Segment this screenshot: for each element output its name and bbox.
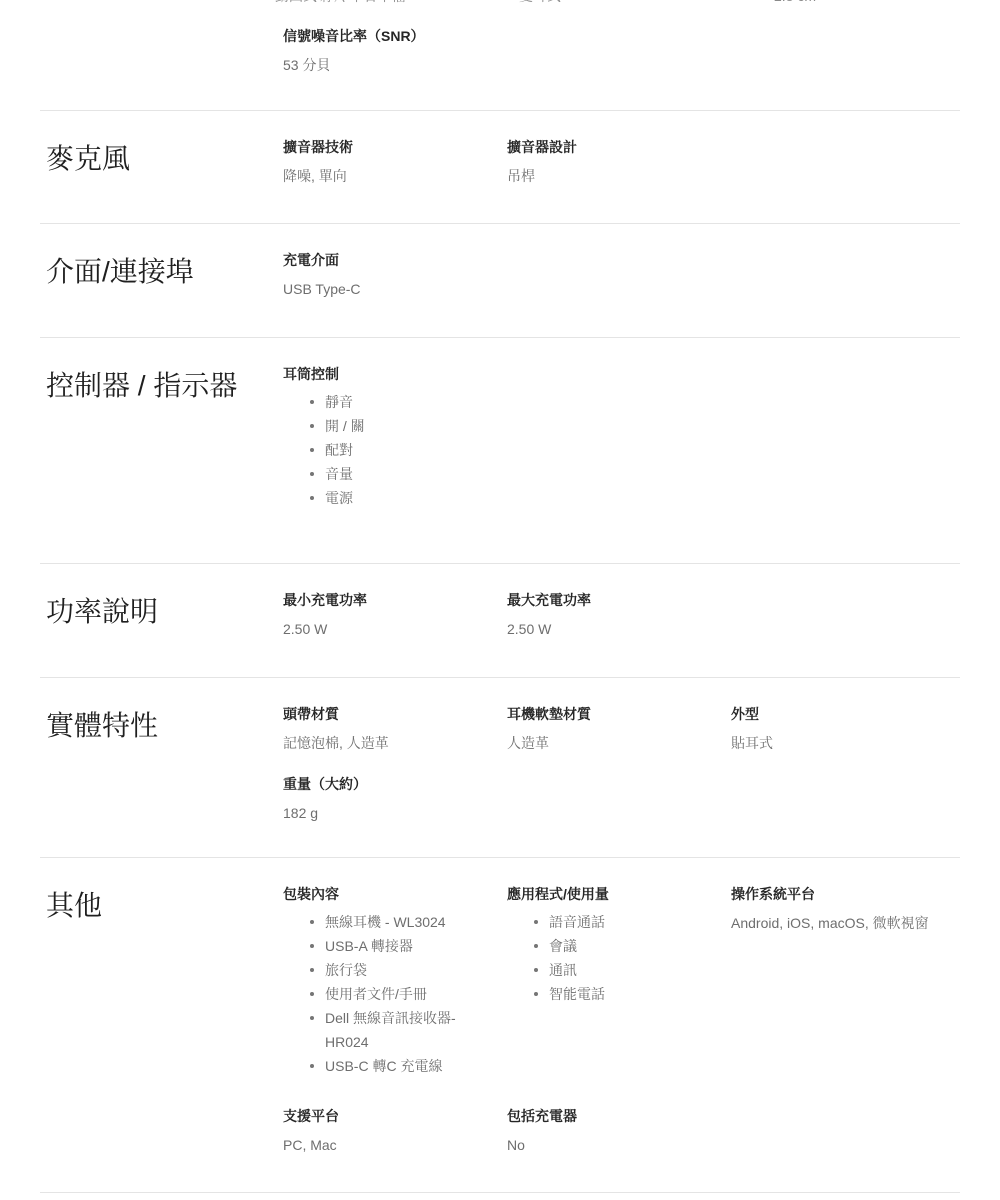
bullet-list: 無線耳機 - WL3024 USB-A 轉接器 旅行袋 使用者文件/手冊 Del… xyxy=(283,910,487,1078)
section-title: 功率說明 xyxy=(40,564,283,677)
section-title: 控制器 / 指示器 xyxy=(40,338,283,563)
section-title: 麥克風 xyxy=(40,111,283,223)
bullet-item: 智能電話 xyxy=(507,982,711,1006)
spec-row-controls-indicators: 控制器 / 指示器 耳筒控制 靜音 開 / 關 配對 音量 電源 xyxy=(40,337,960,563)
spec-value: No xyxy=(507,1134,711,1156)
spec-label: 支援平台 xyxy=(283,1106,487,1126)
spec-table: 動圈式喇叭-中音中檔 雙耳式 2.8 cm 信號噪音比率（SNR） 53 分貝 … xyxy=(40,0,960,1193)
spec-item-min-charging-power: 最小充電功率 2.50 W xyxy=(283,590,507,640)
spec-label: 包括充電器 xyxy=(507,1106,711,1126)
spec-item-supported-platform: 支援平台 PC, Mac xyxy=(283,1106,507,1156)
spec-label: 頭帶材質 xyxy=(283,704,487,724)
spec-row-speakers: 動圈式喇叭-中音中檔 雙耳式 2.8 cm 信號噪音比率（SNR） 53 分貝 xyxy=(40,0,960,110)
spec-item-charger-included: 包括充電器 No xyxy=(507,1106,731,1156)
spec-item-mic-technology: 擴音器技術 降噪, 單向 xyxy=(283,137,507,187)
spec-item-headband-material: 頭帶材質 記憶泡棉, 人造革 xyxy=(283,704,507,754)
spec-item-package-contents: 包裝內容 無線耳機 - WL3024 USB-A 轉接器 旅行袋 使用者文件/手… xyxy=(283,884,507,1078)
spec-label: 擴音器技術 xyxy=(283,137,487,157)
bullet-item: 電源 xyxy=(283,486,487,510)
bullet-item: 配對 xyxy=(283,438,487,462)
spec-label: 外型 xyxy=(731,704,940,724)
spec-value: 貼耳式 xyxy=(731,732,940,754)
spec-label: 充電介面 xyxy=(283,250,487,270)
bullet-item: 無線耳機 - WL3024 xyxy=(283,910,487,934)
spec-row-other: 其他 包裝內容 無線耳機 - WL3024 USB-A 轉接器 旅行袋 使用者文… xyxy=(40,857,960,1193)
spec-value: 182 g xyxy=(283,802,487,824)
spec-label: 擴音器設計 xyxy=(507,137,711,157)
bullet-list: 靜音 開 / 關 配對 音量 電源 xyxy=(283,390,487,510)
spec-value: PC, Mac xyxy=(283,1134,487,1156)
section-title: 實體特性 xyxy=(40,678,283,857)
spec-label: 最大充電功率 xyxy=(507,590,711,610)
bullet-item: 音量 xyxy=(283,462,487,486)
spec-item-os-platform: 操作系統平台 Android, iOS, macOS, 微軟視窗 xyxy=(731,884,960,1078)
spec-value: 2.50 W xyxy=(507,618,711,640)
bullet-item: 語音通話 xyxy=(507,910,711,934)
bullet-item: 旅行袋 xyxy=(283,958,487,982)
spec-row-power: 功率說明 最小充電功率 2.50 W 最大充電功率 2.50 W xyxy=(40,563,960,677)
bullet-item: 靜音 xyxy=(283,390,487,414)
spec-row-interfaces: 介面/連接埠 充電介面 USB Type-C xyxy=(40,223,960,337)
bullet-item: 通訊 xyxy=(507,958,711,982)
section-title: 其他 xyxy=(40,858,283,1192)
clipped-text-fragment: 2.8 cm xyxy=(774,0,816,4)
spec-value: 人造革 xyxy=(507,732,711,754)
spec-value: 吊桿 xyxy=(507,165,711,187)
spec-item-earpad-material: 耳機軟墊材質 人造革 xyxy=(507,704,731,754)
spec-item-headset-controls: 耳筒控制 靜音 開 / 關 配對 音量 電源 xyxy=(283,364,507,510)
bullet-item: 會議 xyxy=(507,934,711,958)
spec-item-max-charging-power: 最大充電功率 2.50 W xyxy=(507,590,731,640)
spec-label: 最小充電功率 xyxy=(283,590,487,610)
spec-label: 包裝內容 xyxy=(283,884,487,904)
clipped-text-fragment: 雙耳式 xyxy=(519,0,561,4)
spec-item-mic-design: 擴音器設計 吊桿 xyxy=(507,137,731,187)
spec-value: 2.50 W xyxy=(283,618,487,640)
spec-label: 操作系統平台 xyxy=(731,884,940,904)
bullet-item: USB-A 轉接器 xyxy=(283,934,487,958)
spec-label: 應用程式/使用量 xyxy=(507,884,711,904)
spec-value: Android, iOS, macOS, 微軟視窗 xyxy=(731,912,940,934)
spec-item-weight: 重量（大約） 182 g xyxy=(283,774,507,824)
spec-item-form-factor: 外型 貼耳式 xyxy=(731,704,960,754)
bullet-list: 語音通話 會議 通訊 智能電話 xyxy=(507,910,711,1006)
bullet-item: 開 / 關 xyxy=(283,414,487,438)
spec-item-snr: 信號噪音比率（SNR） 53 分貝 xyxy=(283,26,507,76)
bullet-item: Dell 無線音訊接收器-HR024 xyxy=(283,1006,487,1054)
spec-value: USB Type-C xyxy=(283,278,487,300)
spec-value: 53 分貝 xyxy=(283,54,487,76)
bullet-item: USB-C 轉C 充電線 xyxy=(283,1054,487,1078)
section-title-empty xyxy=(40,0,283,110)
spec-value: 記憶泡棉, 人造革 xyxy=(283,732,487,754)
spec-value: 降噪, 單向 xyxy=(283,165,487,187)
spec-row-microphone: 麥克風 擴音器技術 降噪, 單向 擴音器設計 吊桿 xyxy=(40,110,960,223)
spec-label: 重量（大約） xyxy=(283,774,487,794)
spec-item-app-usage: 應用程式/使用量 語音通話 會議 通訊 智能電話 xyxy=(507,884,731,1078)
spec-label: 信號噪音比率（SNR） xyxy=(283,26,487,46)
bullet-item: 使用者文件/手冊 xyxy=(283,982,487,1006)
spec-item-charging-interface: 充電介面 USB Type-C xyxy=(283,250,507,300)
section-title: 介面/連接埠 xyxy=(40,224,283,337)
spec-row-physical: 實體特性 頭帶材質 記憶泡棉, 人造革 耳機軟墊材質 人造革 外型 貼耳式 重量… xyxy=(40,677,960,857)
spec-label: 耳機軟墊材質 xyxy=(507,704,711,724)
clipped-text-fragment: 動圈式喇叭-中音中檔 xyxy=(275,0,406,4)
spec-label: 耳筒控制 xyxy=(283,364,487,384)
